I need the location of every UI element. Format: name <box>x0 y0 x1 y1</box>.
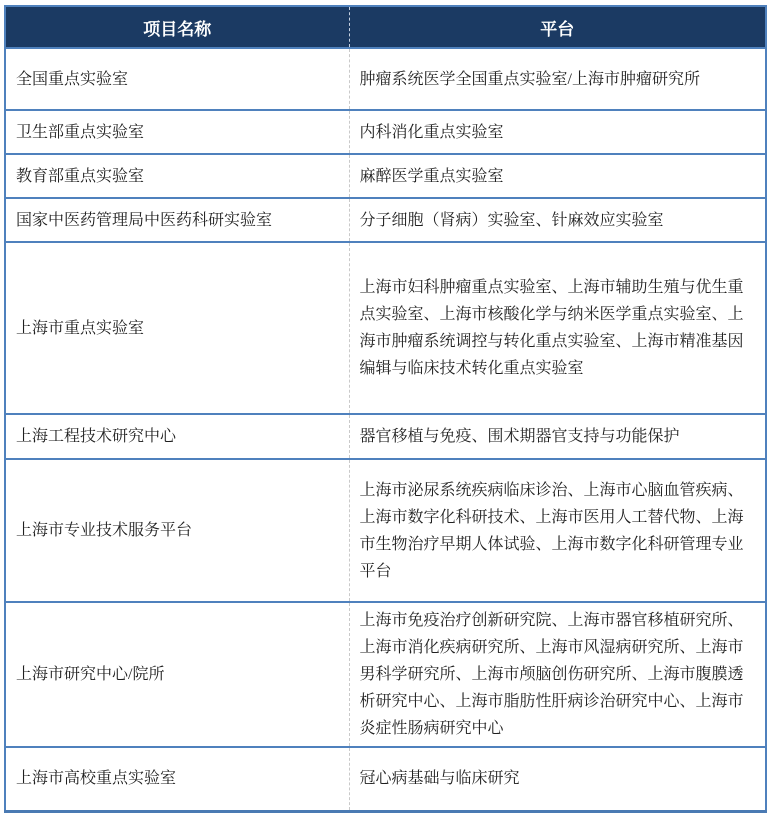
platform-cell: 上海市泌尿系统疾病临床诊治、上海市心脑血管疾病、上海市数字化科研技术、上海市医用… <box>349 459 766 602</box>
table-row: 全国重点实验室 肿瘤系统医学全国重点实验室/上海市肿瘤研究所 <box>5 48 766 110</box>
platform-cell: 肿瘤系统医学全国重点实验室/上海市肿瘤研究所 <box>349 48 766 110</box>
research-platform-table: 项目名称 平台 全国重点实验室 肿瘤系统医学全国重点实验室/上海市肿瘤研究所 卫… <box>4 5 767 813</box>
project-name-cell: 卫生部重点实验室 <box>5 110 349 154</box>
platform-cell: 上海市免疫治疗创新研究院、上海市器官移植研究所、上海市消化疾病研究所、上海市风湿… <box>349 602 766 747</box>
table-header-row: 项目名称 平台 <box>5 6 766 48</box>
table-row: 教育部重点实验室 麻醉医学重点实验室 <box>5 154 766 198</box>
table-row: 卫生部重点实验室 内科消化重点实验室 <box>5 110 766 154</box>
table-row: 上海市重点实验室 上海市妇科肿瘤重点实验室、上海市辅助生殖与优生重点实验室、上海… <box>5 242 766 414</box>
table-row: 上海市研究中心/院所 上海市免疫治疗创新研究院、上海市器官移植研究所、上海市消化… <box>5 602 766 747</box>
project-name-cell: 上海市研究中心/院所 <box>5 602 349 747</box>
platform-cell: 上海市妇科肿瘤重点实验室、上海市辅助生殖与优生重点实验室、上海市核酸化学与纳米医… <box>349 242 766 414</box>
platform-cell: 器官移植与免疫、围术期器官支持与功能保护 <box>349 414 766 459</box>
table-row: 上海工程技术研究中心 器官移植与免疫、围术期器官支持与功能保护 <box>5 414 766 459</box>
column-header-project-name: 项目名称 <box>5 6 349 48</box>
project-name-cell: 教育部重点实验室 <box>5 154 349 198</box>
project-name-cell: 上海市高校重点实验室 <box>5 747 349 811</box>
column-header-platform: 平台 <box>349 6 766 48</box>
project-name-cell: 上海工程技术研究中心 <box>5 414 349 459</box>
table-row: 国家中医药管理局中医药科研实验室 分子细胞（肾病）实验室、针麻效应实验室 <box>5 198 766 242</box>
platform-cell: 内科消化重点实验室 <box>349 110 766 154</box>
page: 项目名称 平台 全国重点实验室 肿瘤系统医学全国重点实验室/上海市肿瘤研究所 卫… <box>0 0 768 803</box>
platform-cell: 麻醉医学重点实验室 <box>349 154 766 198</box>
project-name-cell: 国家中医药管理局中医药科研实验室 <box>5 198 349 242</box>
project-name-cell: 上海市重点实验室 <box>5 242 349 414</box>
project-name-cell: 上海市专业技术服务平台 <box>5 459 349 602</box>
platform-cell: 冠心病基础与临床研究 <box>349 747 766 811</box>
project-name-cell: 全国重点实验室 <box>5 48 349 110</box>
table-row: 上海市专业技术服务平台 上海市泌尿系统疾病临床诊治、上海市心脑血管疾病、上海市数… <box>5 459 766 602</box>
platform-cell: 分子细胞（肾病）实验室、针麻效应实验室 <box>349 198 766 242</box>
table-row: 上海市高校重点实验室 冠心病基础与临床研究 <box>5 747 766 811</box>
